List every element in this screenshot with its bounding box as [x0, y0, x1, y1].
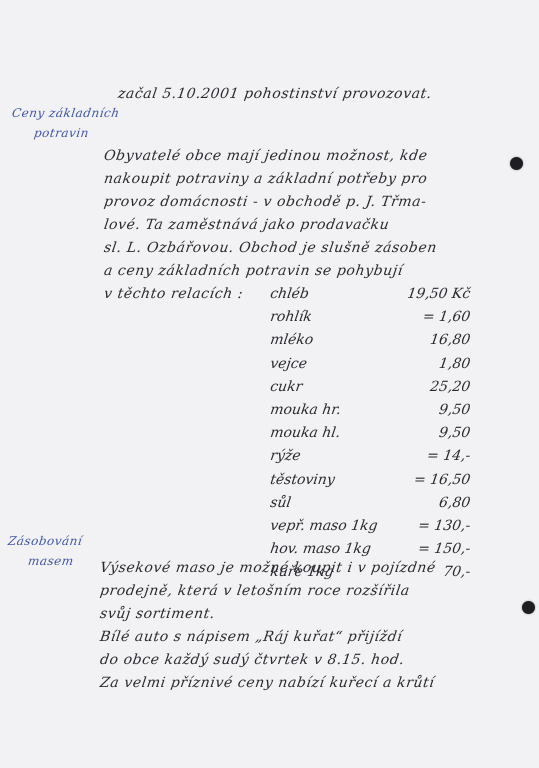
paragraph-line: Obyvatelé obce mají jedinou možnost, kde — [103, 148, 429, 164]
paragraph-line: sl. L. Ozbářovou. Obchod je slušně zásob… — [103, 240, 438, 256]
document-page: začal 5.10.2001 pohostinství provozovat.… — [0, 0, 539, 768]
price-item-value: 6,80 — [359, 495, 471, 511]
margin-label-meat-supply-2: masem — [27, 554, 75, 568]
paragraph-line: Výsekové maso je možné koupit i v pojízd… — [99, 560, 437, 576]
price-row: mouka hl.9,50 — [269, 425, 512, 445]
price-item-name: mléko — [269, 332, 314, 348]
price-item-value: 1,80 — [359, 356, 471, 372]
price-item-value: 25,20 — [359, 379, 471, 395]
price-item-name: chléb — [269, 286, 310, 302]
paragraph-line: Za velmi příznivé ceny nabízí kuřecí a k… — [99, 675, 436, 691]
price-item-name: vejce — [269, 356, 308, 372]
price-item-name: cukr — [269, 379, 303, 395]
price-item-value: 9,50 — [359, 425, 471, 441]
paragraph-line: nakoupit potraviny a základní potřeby pr… — [103, 171, 429, 187]
price-item-value: = 150,- — [359, 541, 471, 557]
price-row: rýže= 14,- — [269, 448, 512, 468]
paragraph-line: a ceny základních potravin se pohybují — [103, 263, 404, 279]
paragraph-line: provoz domácnosti - v obchodě p. J. Třma… — [103, 194, 428, 210]
price-item-value: 16,80 — [359, 332, 471, 348]
price-item-value: = 16,50 — [359, 472, 471, 488]
price-item-name: mouka hr. — [269, 402, 342, 418]
paragraph-line: prodejně, která v letošním roce rozšířil… — [99, 583, 411, 599]
price-row: vejce1,80 — [269, 356, 512, 376]
price-item-name: rýže — [269, 448, 302, 464]
price-row: mouka hr.9,50 — [269, 402, 512, 422]
price-row: rohlík= 1,60 — [269, 309, 512, 329]
paragraph-line: Bílé auto s nápisem „Ráj kuřat“ přijíždí — [99, 629, 404, 645]
price-item-name: těstoviny — [269, 472, 336, 488]
paragraph-line: svůj sortiment. — [99, 606, 216, 622]
price-row: vepř. maso 1kg= 130,- — [269, 518, 512, 538]
punch-hole — [522, 601, 535, 614]
price-row: hov. maso 1kg= 150,- — [269, 541, 512, 561]
price-row: chléb19,50 Kč — [269, 286, 512, 306]
punch-hole — [510, 157, 523, 170]
margin-label-food-prices-2: potravin — [33, 126, 90, 140]
price-item-name: sůl — [269, 495, 292, 511]
paragraph-line: v těchto relacích : — [103, 286, 244, 302]
margin-label-meat-supply-1: Zásobování — [7, 534, 83, 548]
price-row: mléko16,80 — [269, 332, 512, 352]
price-item-name: mouka hl. — [269, 425, 341, 441]
paragraph-line: do obce každý sudý čtvrtek v 8.15. hod. — [99, 652, 406, 668]
price-row: těstoviny= 16,50 — [269, 472, 512, 492]
price-item-value: 9,50 — [359, 402, 471, 418]
price-item-value: 19,50 Kč — [359, 286, 471, 302]
price-item-name: hov. maso 1kg — [269, 541, 372, 557]
price-row: sůl6,80 — [269, 495, 512, 515]
price-item-value: = 14,- — [359, 448, 471, 464]
price-item-value: = 130,- — [359, 518, 471, 534]
price-item-name: rohlík — [269, 309, 313, 325]
margin-label-food-prices-1: Ceny základních — [11, 106, 121, 120]
paragraph-line: lové. Ta zaměstnává jako prodavačku — [103, 217, 390, 233]
price-item-value: = 1,60 — [359, 309, 471, 325]
top-line: začal 5.10.2001 pohostinství provozovat. — [117, 86, 433, 102]
price-row: cukr25,20 — [269, 379, 512, 399]
